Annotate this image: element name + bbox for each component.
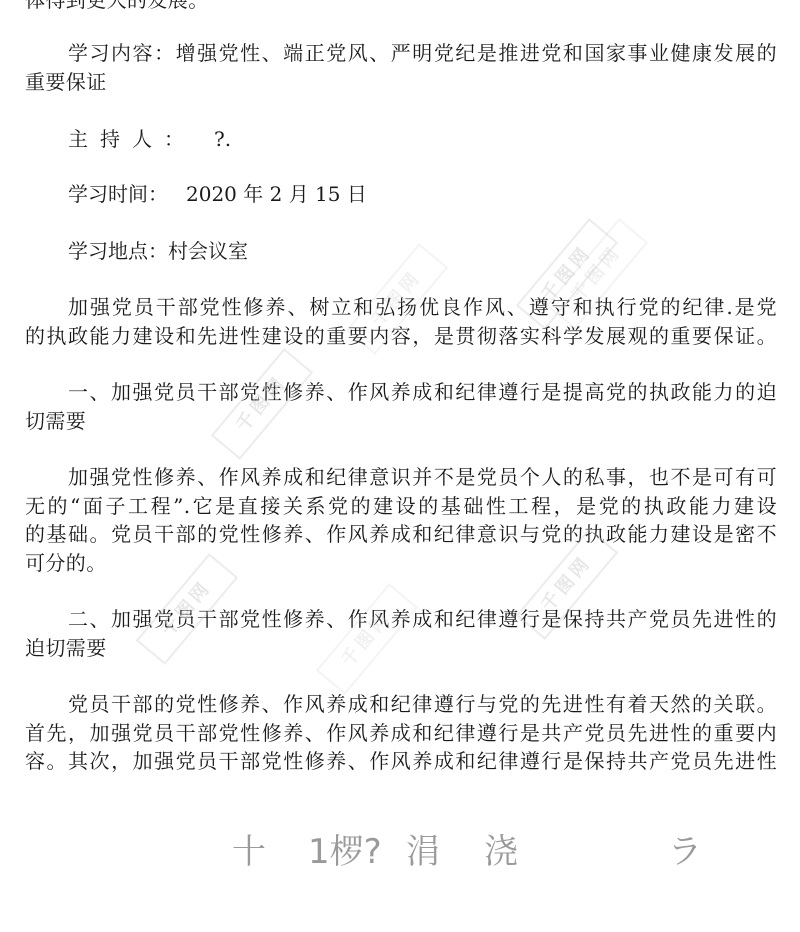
section-heading-2-line-2: 迫切需要 bbox=[25, 634, 777, 663]
footer-glyph-2: 1椤? bbox=[308, 832, 382, 872]
paragraph-1-line-1: 加强党员干部党性修养、树立和弘扬优良作风、遵守和执行党的纪律.是党 bbox=[68, 293, 777, 322]
section-heading-1-line-2: 切需要 bbox=[25, 407, 777, 436]
paragraph-2-line-1: 加强党性修养、作风养成和纪律意识并不是党员个人的私事，也不是可有可 bbox=[68, 463, 777, 492]
study-content-line-1: 学习内容：增强党性、端正党风、严明党纪是推进党和国家事业健康发展的 bbox=[68, 39, 777, 68]
footer-glyph-3: 涓 bbox=[406, 832, 440, 872]
time-value: 2020 年 2 月 15 日 bbox=[186, 182, 367, 206]
location-value: 村会议室 bbox=[168, 239, 248, 263]
paragraph-2-line-2: 无的“面子工程”.它是直接关系党的建设的基础性工程，是党的执政能力建设 bbox=[25, 492, 777, 521]
host-label: 主持人： bbox=[68, 127, 196, 151]
footer-glyph-1: 十 bbox=[232, 832, 266, 872]
paragraph-3-line-3: 容。其次，加强党员干部党性修养、作风养成和纪律遵行是保持共产党员先进性 bbox=[25, 747, 777, 776]
study-content-line-2: 重要保证 bbox=[25, 68, 777, 97]
location-field: 学习地点：村会议室 bbox=[68, 237, 248, 266]
paragraph-1-line-2: 的执政能力建设和先进性建设的重要内容，是贯彻落实科学发展观的重要保证。 bbox=[25, 322, 777, 351]
paragraph-2-line-3: 的基础。党员干部的党性修养、作风养成和纪律意识与党的执政能力建设是密不 bbox=[25, 520, 777, 549]
time-label: 学习时间： bbox=[68, 182, 168, 206]
footer-glyph-5: ラ bbox=[668, 832, 702, 872]
paragraph-2-line-4: 可分的。 bbox=[25, 549, 777, 578]
intro-tail-text: 体得到更大的发展。 bbox=[25, 0, 777, 15]
footer-glyph-4: 浇 bbox=[484, 832, 518, 872]
host-field: 主持人：?. bbox=[68, 125, 231, 154]
host-value: ?. bbox=[214, 127, 231, 151]
paragraph-3-line-1: 党员干部的党性修养、作风养成和纪律遵行与党的先进性有着天然的关联。 bbox=[68, 690, 777, 719]
paragraph-3-line-2: 首先，加强党员干部党性修养、作风养成和纪律遵行是共产党员先进性的重要内 bbox=[25, 719, 777, 748]
location-label: 学习地点： bbox=[68, 239, 168, 263]
section-heading-2-line-1: 二、加强党员干部党性修养、作风养成和纪律遵行是保持共产党员先进性的 bbox=[68, 605, 777, 634]
section-heading-1-line-1: 一、加强党员干部党性修养、作风养成和纪律遵行是提高党的执政能力的迫 bbox=[68, 378, 777, 407]
time-field: 学习时间：2020 年 2 月 15 日 bbox=[68, 180, 367, 209]
document-page: 体得到更大的发展。 学习内容：增强党性、端正党风、严明党纪是推进党和国家事业健康… bbox=[0, 0, 800, 932]
